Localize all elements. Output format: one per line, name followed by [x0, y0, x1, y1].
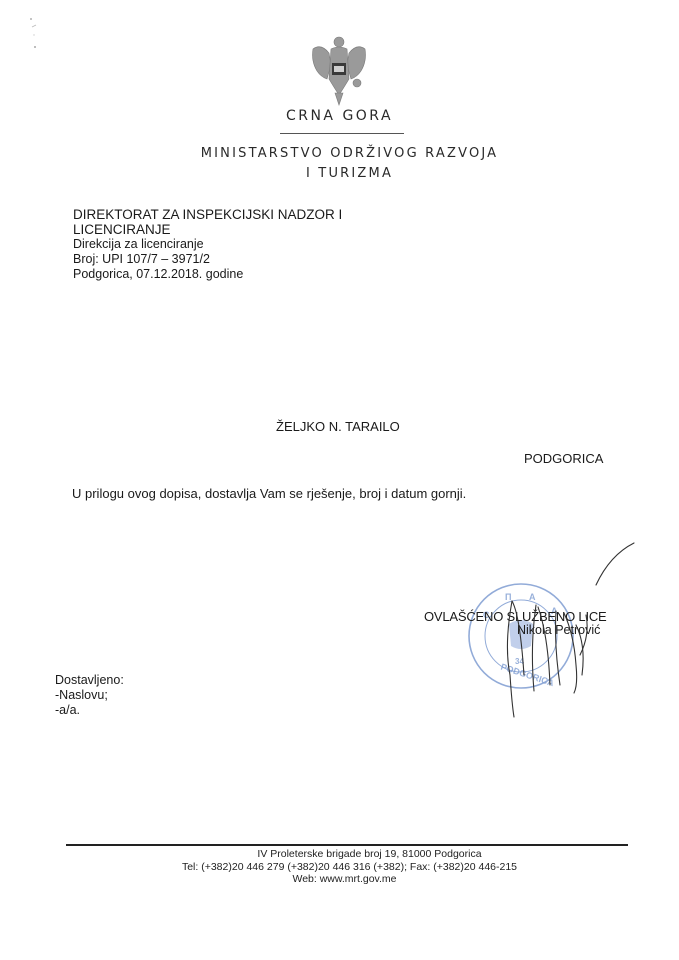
directorate-line-2: LICENCIRANJE: [73, 222, 342, 237]
footer-contact: Tel: (+382)20 446 279 (+382)20 446 316 (…: [20, 861, 679, 874]
distribution-label: Dostavljeno:: [55, 673, 124, 688]
department: Direkcija za licenciranje: [73, 237, 342, 252]
footer: IV Proleterske brigade broj 19, 81000 Po…: [0, 848, 679, 886]
distribution-item: -a/a.: [55, 703, 124, 718]
footer-web: Web: www.mrt.gov.me: [10, 873, 679, 886]
ministry-name: MINISTARSTVO ODRŽIVOG RAZVOJA I TURIZMA: [0, 144, 679, 184]
coat-of-arms-icon: [307, 35, 371, 107]
divider: [280, 133, 404, 134]
recipient-name: ŽELJKO N. TARAILO: [276, 419, 400, 434]
recipient-city: PODGORICA: [524, 451, 603, 466]
scan-marks: [18, 15, 48, 65]
directorate-line-1: DIREKTORAT ZA INSPEKCIJSKI NADZOR I: [73, 207, 342, 222]
place-date: Podgorica, 07.12.2018. godine: [73, 267, 342, 282]
ministry-line-1: MINISTARSTVO ODRŽIVOG RAZVOJA: [20, 144, 679, 164]
reference-number: Broj: UPI 107/7 – 3971/2: [73, 252, 342, 267]
distribution-list: Dostavljeno: -Naslovu; -a/a.: [55, 673, 124, 718]
footer-divider: [66, 844, 628, 846]
signature-icon: [470, 535, 650, 725]
footer-address: IV Proleterske brigade broj 19, 81000 Po…: [60, 848, 679, 861]
body-text: U prilogu ovog dopisa, dostavlja Vam se …: [72, 486, 466, 501]
ministry-line-2: I TURIZMA: [20, 164, 679, 184]
country-name: CRNA GORA: [0, 108, 679, 124]
distribution-item: -Naslovu;: [55, 688, 124, 703]
document-header: DIREKTORAT ZA INSPEKCIJSKI NADZOR I LICE…: [73, 207, 342, 282]
